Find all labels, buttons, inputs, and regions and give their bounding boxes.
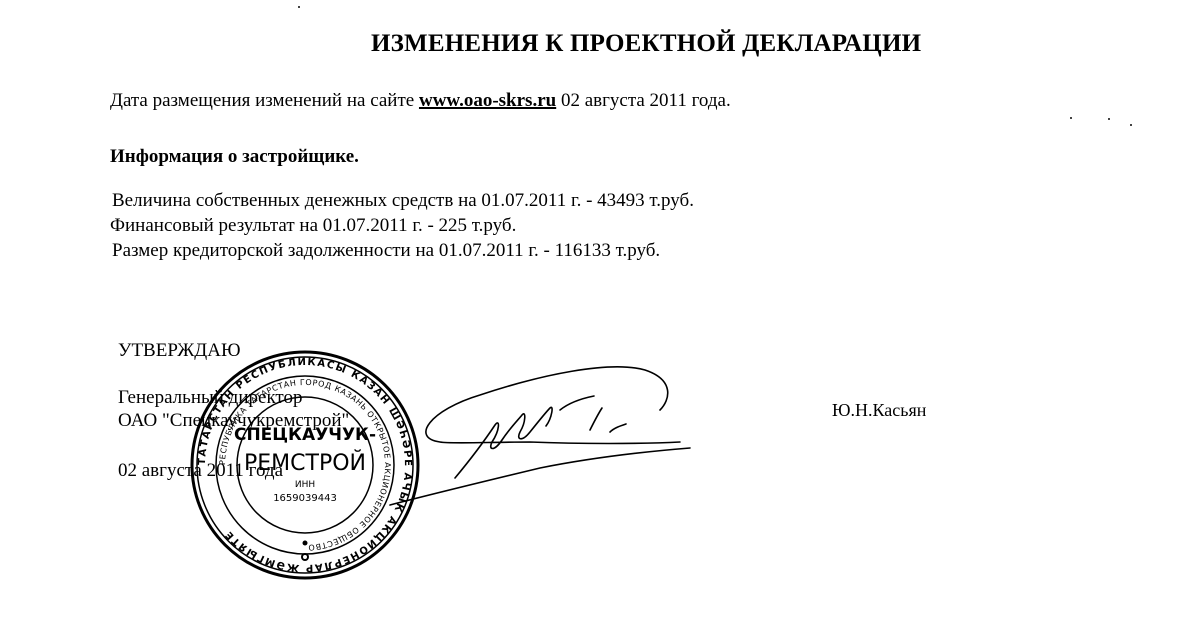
financial-line-result: Финансовый результат на 01.07.2011 г. - … (110, 215, 516, 237)
stamp-inn-value: 1659039443 (273, 493, 337, 504)
stamp-center-line1: СПЕЦКАУЧУК- (234, 425, 376, 445)
website-link[interactable]: www.oao-skrs.ru (419, 90, 556, 111)
scan-speck (1130, 124, 1132, 126)
signature (380, 360, 740, 510)
section-heading: Информация о застройщике. (110, 146, 359, 168)
publication-suffix: 02 августа 2011 года. (556, 90, 731, 111)
document-title: ИЗМЕНЕНИЯ К ПРОЕКТНОЙ ДЕКЛАРАЦИИ (371, 30, 921, 58)
publication-date-line: Дата размещения изменений на сайте www.o… (110, 90, 731, 112)
scan-speck (1070, 117, 1072, 119)
financial-line-equity: Величина собственных денежных средств на… (112, 190, 694, 212)
financial-line-payables: Размер кредиторской задолженности на 01.… (112, 240, 660, 262)
publication-prefix: Дата размещения изменений на сайте (110, 90, 419, 111)
signer-name: Ю.Н.Касьян (832, 400, 926, 421)
scan-speck (1108, 118, 1110, 120)
stamp-inn-label: ИНН (295, 480, 315, 490)
stamp-center-line2: РЕМСТРОЙ (244, 450, 366, 476)
scan-speck (298, 6, 300, 8)
